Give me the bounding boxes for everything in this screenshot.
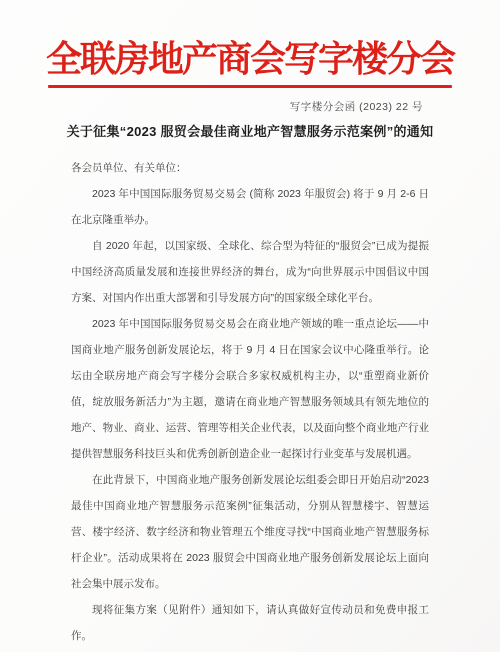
masthead-org-title: 全联房地产商会写字楼分会 xyxy=(0,40,500,80)
doc-body: 各会员单位、有关单位： 2023 年中国国际服务贸易交易会 (简称 2023 年… xyxy=(71,155,429,649)
salutation: 各会员单位、有关单位： xyxy=(71,155,429,181)
masthead-rule xyxy=(48,85,452,89)
doc-title: 关于征集“2023 服贸会最佳商业地产智慧服务示范案例”的通知 xyxy=(0,121,500,140)
paragraph-intro-event: 2023 年中国国际服务贸易交易会 (简称 2023 年服贸会) 将于 9 月 … xyxy=(71,181,429,233)
doc-ref-number: 写字楼分会函 (2023) 22 号 xyxy=(71,99,429,114)
paragraph-background-ciftis: 自 2020 年起，以国家级、全球化、综合型为特征的“服贸会”已成为提振中国经济… xyxy=(71,233,429,311)
paragraph-closing-notice: 现将征集方案（见附件）通知如下，请认真做好宣传动员和免费申报工作。 xyxy=(71,597,429,649)
document-page: 全联房地产商会写字楼分会 写字楼分会函 (2023) 22 号 关于征集“202… xyxy=(0,0,500,652)
paragraph-case-collection: 在此背景下，中国商业地产服务创新发展论坛组委会即日开始启动“2023 最佳中国商… xyxy=(71,467,429,597)
paragraph-forum-details: 2023 年中国国际服务贸易交易会在商业地产领域的唯一重点论坛——中国商业地产服… xyxy=(71,311,429,467)
